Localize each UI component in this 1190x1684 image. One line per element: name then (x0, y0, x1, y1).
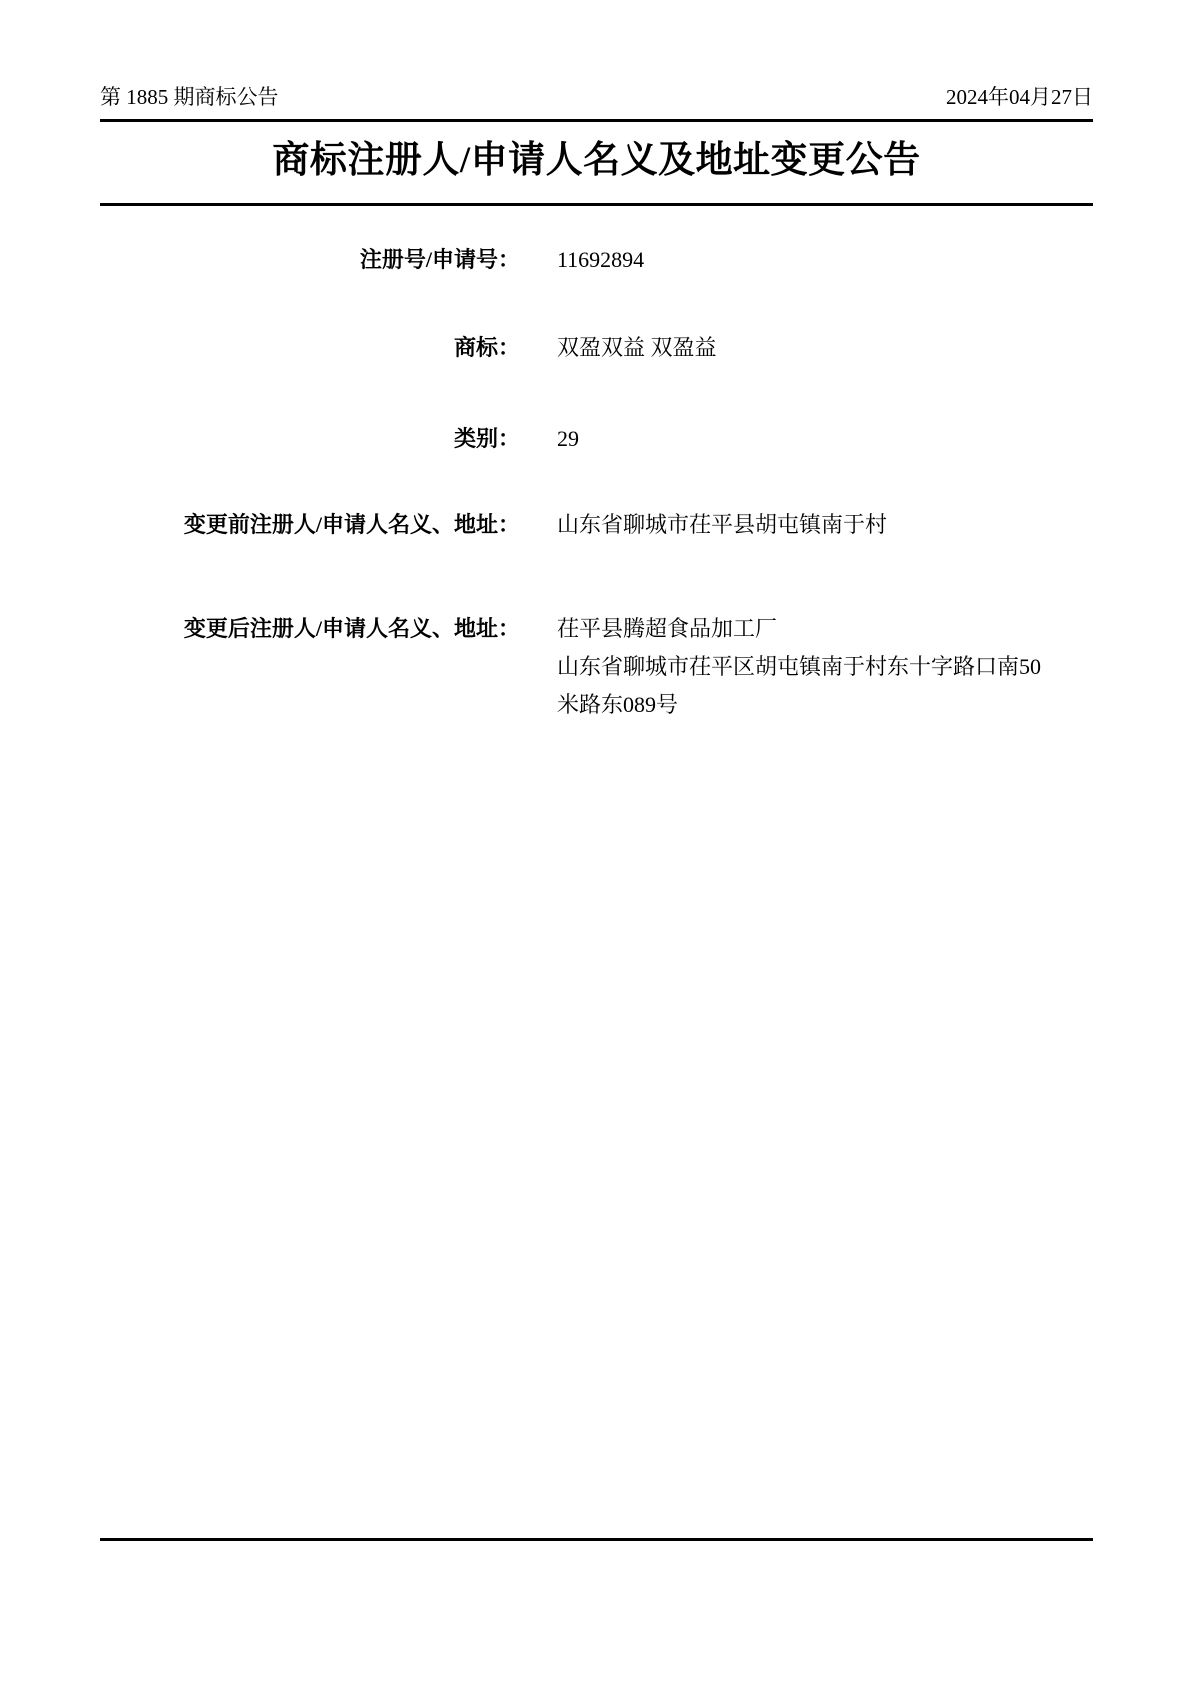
field-value: 茌平县腾超食品加工厂 山东省聊城市茌平区胡屯镇南于村东十字路口南50 米路东08… (520, 614, 1041, 720)
field-value: 11692894 (520, 245, 644, 275)
header-rule (100, 119, 1093, 122)
field-value-line: 米路东089号 (557, 690, 1041, 720)
gazette-date: 2024年04月27日 (946, 84, 1093, 110)
title-rule (100, 203, 1093, 206)
field-registration-number: 注册号/申请号： 11692894 (100, 245, 1093, 275)
field-class: 类别： 29 (100, 424, 1093, 454)
field-before-change: 变更前注册人/申请人名义、地址： 山东省聊城市茌平县胡屯镇南于村 (100, 510, 1093, 540)
gazette-page: 第 1885 期商标公告 2024年04月27日 商标注册人/申请人名义及地址变… (0, 0, 1190, 1684)
gazette-issue-label: 第 1885 期商标公告 (100, 84, 279, 110)
field-trademark: 商标： 双盈双益 双盈益 (100, 333, 1093, 363)
field-list: 注册号/申请号： 11692894 商标： 双盈双益 双盈益 类别： 29 变更… (100, 245, 1093, 720)
page-header: 第 1885 期商标公告 2024年04月27日 (100, 0, 1093, 110)
page-content: 第 1885 期商标公告 2024年04月27日 商标注册人/申请人名义及地址变… (100, 0, 1093, 720)
field-label: 变更后注册人/申请人名义、地址： (100, 614, 520, 644)
field-label: 类别： (100, 424, 520, 454)
field-value: 29 (520, 424, 579, 454)
footer-rule (100, 1538, 1093, 1541)
field-value: 山东省聊城市茌平县胡屯镇南于村 (520, 510, 887, 540)
field-value-line: 茌平县腾超食品加工厂 (557, 614, 1041, 644)
field-label: 变更前注册人/申请人名义、地址： (100, 510, 520, 540)
field-value: 双盈双益 双盈益 (520, 333, 717, 363)
field-value-line: 山东省聊城市茌平区胡屯镇南于村东十字路口南50 (557, 652, 1041, 682)
field-label: 商标： (100, 333, 520, 363)
field-after-change: 变更后注册人/申请人名义、地址： 茌平县腾超食品加工厂 山东省聊城市茌平区胡屯镇… (100, 614, 1093, 720)
field-label: 注册号/申请号： (100, 245, 520, 275)
page-title: 商标注册人/申请人名义及地址变更公告 (100, 137, 1093, 185)
